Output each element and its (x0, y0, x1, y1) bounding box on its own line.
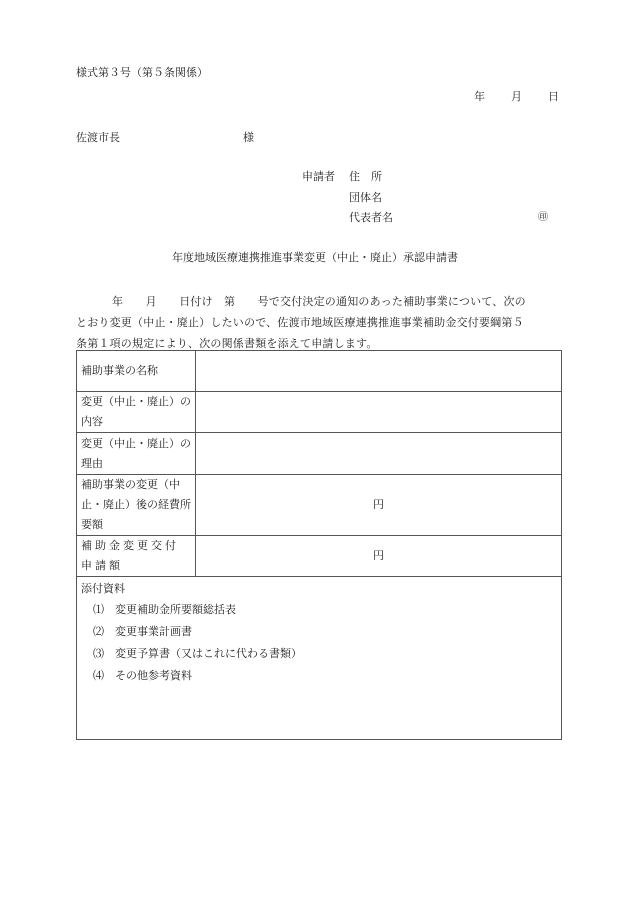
date-line: 年月日 (474, 90, 559, 104)
attachments-heading: 添付資料 (81, 579, 557, 599)
applicant-label: 申請者 (302, 170, 335, 184)
form-number: 様式第３号（第５条関係） (76, 66, 208, 80)
seal-icon: ㊞ (538, 211, 548, 225)
row-label: 変更（中止・廃止）の理由 (77, 433, 196, 475)
row-value-amount[interactable]: 円 (196, 475, 562, 536)
applicant-representative-label: 代表者名 (349, 211, 393, 225)
table-row: 補助金変更交付申請額 円 (77, 536, 562, 577)
row-label: 変更（中止・廃止）の内容 (77, 392, 196, 433)
table-row: 変更（中止・廃止）の内容 (77, 392, 562, 433)
body-paragraph: 年 月 日付け 第 号で交付決定の通知のあった補助事業について、次の とおり変更… (76, 291, 562, 354)
row-value[interactable] (196, 351, 562, 392)
date-year: 年 (474, 90, 485, 104)
addressee-name: 佐渡市長 (76, 131, 120, 145)
date-day: 日 (548, 90, 559, 104)
row-value-amount[interactable]: 円 (196, 536, 562, 577)
row-label: 補助事業の変更（中止・廃止）後の経費所要額 (77, 475, 196, 536)
table-row: 補助事業の名称 (77, 351, 562, 392)
addressee-honorific: 様 (243, 131, 254, 145)
applicant-address-label: 住 所 (349, 170, 382, 184)
applicant-group-label: 団体名 (349, 191, 382, 205)
date-month: 月 (511, 90, 522, 104)
table-row: 変更（中止・廃止）の理由 (77, 433, 562, 475)
body-line-1: 年 月 日付け 第 号で交付決定の通知のあった補助事業について、次の (76, 291, 562, 312)
attachment-item: ⑵変更事業計画書 (81, 621, 557, 643)
document-title: 年度地域医療連携推進事業変更（中止・廃止）承認申請書 (0, 251, 630, 265)
attachment-item: ⑷その他参考資料 (81, 665, 557, 687)
row-value[interactable] (196, 433, 562, 475)
application-table: 補助事業の名称 変更（中止・廃止）の内容 変更（中止・廃止）の理由 補助事業の変… (76, 350, 562, 740)
attachments-cell: 添付資料 ⑴変更補助金所要額総括表 ⑵変更事業計画書 ⑶変更予算書（又はこれに代… (77, 577, 562, 740)
attachment-item: ⑶変更予算書（又はこれに代わる書類） (81, 643, 557, 665)
row-label: 補助事業の名称 (77, 351, 196, 392)
body-line-2: とおり変更（中止・廃止）したいので、佐渡市地域医療連携推進事業補助金交付要綱第５ (76, 312, 562, 333)
row-label: 補助金変更交付申請額 (77, 536, 196, 577)
row-value[interactable] (196, 392, 562, 433)
table-row: 補助事業の変更（中止・廃止）後の経費所要額 円 (77, 475, 562, 536)
attachment-item: ⑴変更補助金所要額総括表 (81, 599, 557, 621)
attachments-row: 添付資料 ⑴変更補助金所要額総括表 ⑵変更事業計画書 ⑶変更予算書（又はこれに代… (77, 577, 562, 740)
